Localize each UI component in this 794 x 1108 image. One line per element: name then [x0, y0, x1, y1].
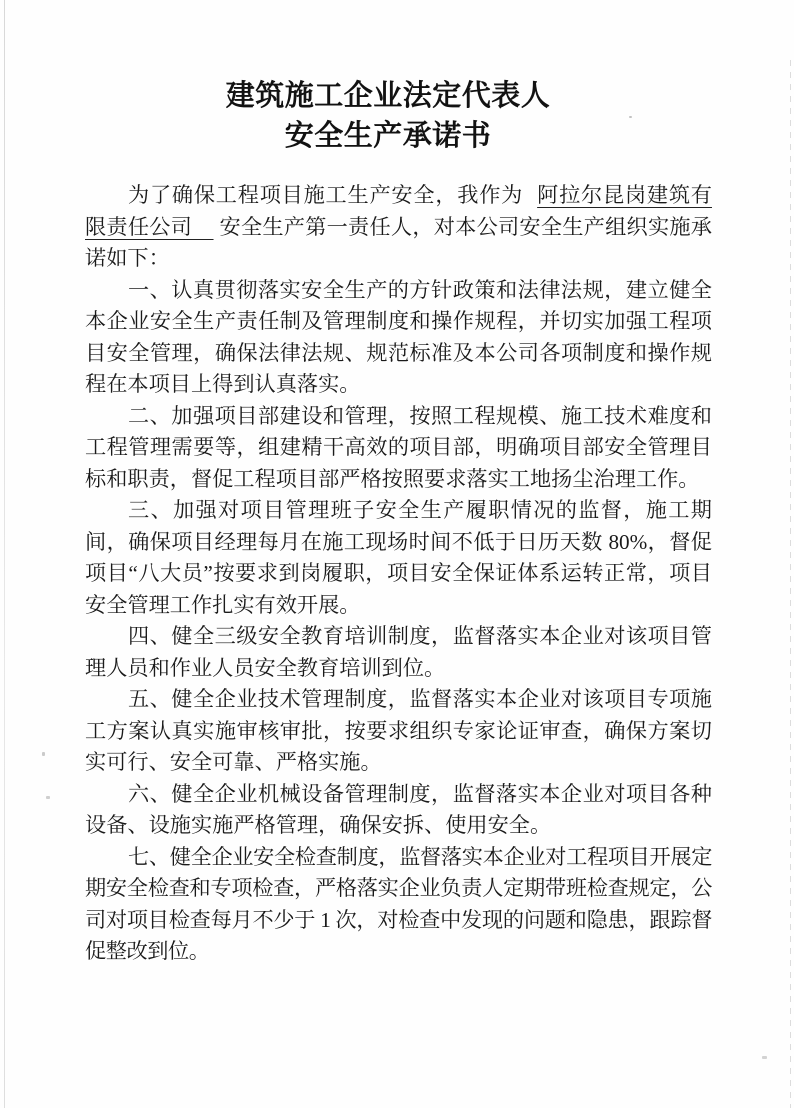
clause-paragraph: 六、健全企业机械设备管理制度，监督落实本企业对项目各种设备、设施实施严格管理，确… — [85, 779, 712, 842]
title-line-2: 安全生产承诺书 — [285, 120, 492, 152]
clause-paragraph: 四、健全三级安全教育培训制度，监督落实本企业对该项目管理人员和作业人员安全教育培… — [85, 621, 712, 684]
opening-paragraph: 为了确保工程项目施工生产安全，我作为阿拉尔昆岗建筑有限责任公司 安全生产第一责任… — [85, 180, 712, 275]
scan-edge-right-line — [790, 60, 791, 1108]
clause-paragraph: 一、认真贯彻落实安全生产的方针政策和法律法规，建立健全本企业安全生产责任制及管理… — [85, 275, 712, 401]
title-line-1: 建筑施工企业法定代表人 — [226, 80, 551, 112]
scan-speck — [42, 752, 45, 756]
scan-speck — [46, 796, 50, 799]
clause-paragraph: 七、健全企业安全检查制度，监督落实本企业对工程项目开展定期安全检查和专项检查，严… — [85, 842, 712, 968]
opening-text-before-blank: 为了确保工程项目施工生产安全，我作为 — [128, 183, 523, 207]
scan-edge-left-line — [4, 0, 5, 1108]
clause-paragraph: 二、加强项目部建设和管理，按照工程规模、施工技术难度和工程管理需要等，组建精干高… — [85, 401, 712, 496]
document-body: 为了确保工程项目施工生产安全，我作为阿拉尔昆岗建筑有限责任公司 安全生产第一责任… — [85, 180, 712, 968]
clause-paragraph: 三、加强对项目管理班子安全生产履职情况的监督，施工期间，确保项目经理每月在施工现… — [85, 495, 712, 621]
clause-list: 一、认真贯彻落实安全生产的方针政策和法律法规，建立健全本企业安全生产责任制及管理… — [85, 275, 712, 968]
clause-paragraph: 五、健全企业技术管理制度，监督落实本企业对该项目专项施工方案认真实施审核审批，按… — [85, 684, 712, 779]
scan-speck — [762, 1056, 767, 1059]
document-page: 建筑施工企业法定代表人 安全生产承诺书 为了确保工程项目施工生产安全，我作为阿拉… — [0, 0, 794, 1108]
document-title: 建筑施工企业法定代表人 安全生产承诺书 — [0, 76, 785, 156]
